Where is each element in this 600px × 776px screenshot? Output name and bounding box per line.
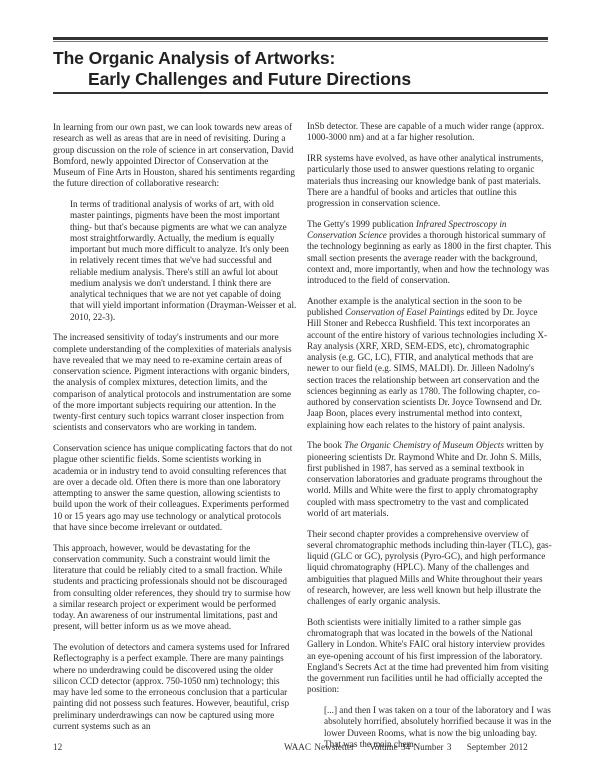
book-title: Conservation of Easel Paintings <box>345 307 464 317</box>
article-title: The Organic Analysis of Artworks: Early … <box>53 48 553 90</box>
paragraph: This approach, however, would be devasta… <box>53 543 297 633</box>
header-rule-thick <box>53 37 548 40</box>
paragraph: In learning from our own past, we can lo… <box>53 122 297 190</box>
header-rule-thin <box>53 41 548 42</box>
left-column: In learning from our own past, we can lo… <box>53 122 297 742</box>
paragraph: Both scientists were initially limited t… <box>307 617 552 696</box>
block-quote: In terms of traditional analysis of work… <box>53 199 297 323</box>
text: written by pioneering scientists Dr. Ray… <box>307 440 544 518</box>
paragraph: IRR systems have evolved, as have other … <box>307 153 552 209</box>
paragraph: The Getty's 1999 publication Infrared Sp… <box>307 219 552 287</box>
text: The book <box>307 440 344 450</box>
paragraph: Conservation science has unique complica… <box>53 443 297 533</box>
paragraph: The book The Organic Chemistry of Museum… <box>307 440 552 519</box>
paragraph: InSb detector. These are capable of a mu… <box>307 121 552 144</box>
book-title: The Organic Chemistry of Museum Objects <box>344 440 504 450</box>
volume-number: Volume 34 Number 3 <box>369 742 451 752</box>
paragraph: Their second chapter provides a comprehe… <box>307 529 552 608</box>
article-title-line2: Early Challenges and Future Directions <box>53 69 553 90</box>
footer-publication-info: WAAC Newsletter Volume 34 Number 3 Septe… <box>284 742 540 752</box>
text: edited by Dr. Joyce Hill Stoner and Rebe… <box>307 307 547 430</box>
article-title-line1: The Organic Analysis of Artworks: <box>53 48 335 68</box>
paragraph: The increased sensitivity of today's ins… <box>53 332 297 433</box>
text: The Getty's 1999 publication <box>307 219 416 229</box>
publication-name: WAAC Newsletter <box>284 742 354 752</box>
page-number: 12 <box>53 742 62 752</box>
paragraph: Another example is the analytical sectio… <box>307 296 552 431</box>
title-rule <box>53 92 548 94</box>
issue-date: September 2012 <box>467 742 528 752</box>
right-column: InSb detector. These are capable of a mu… <box>307 121 552 760</box>
paragraph: The evolution of detectors and camera sy… <box>53 642 297 732</box>
